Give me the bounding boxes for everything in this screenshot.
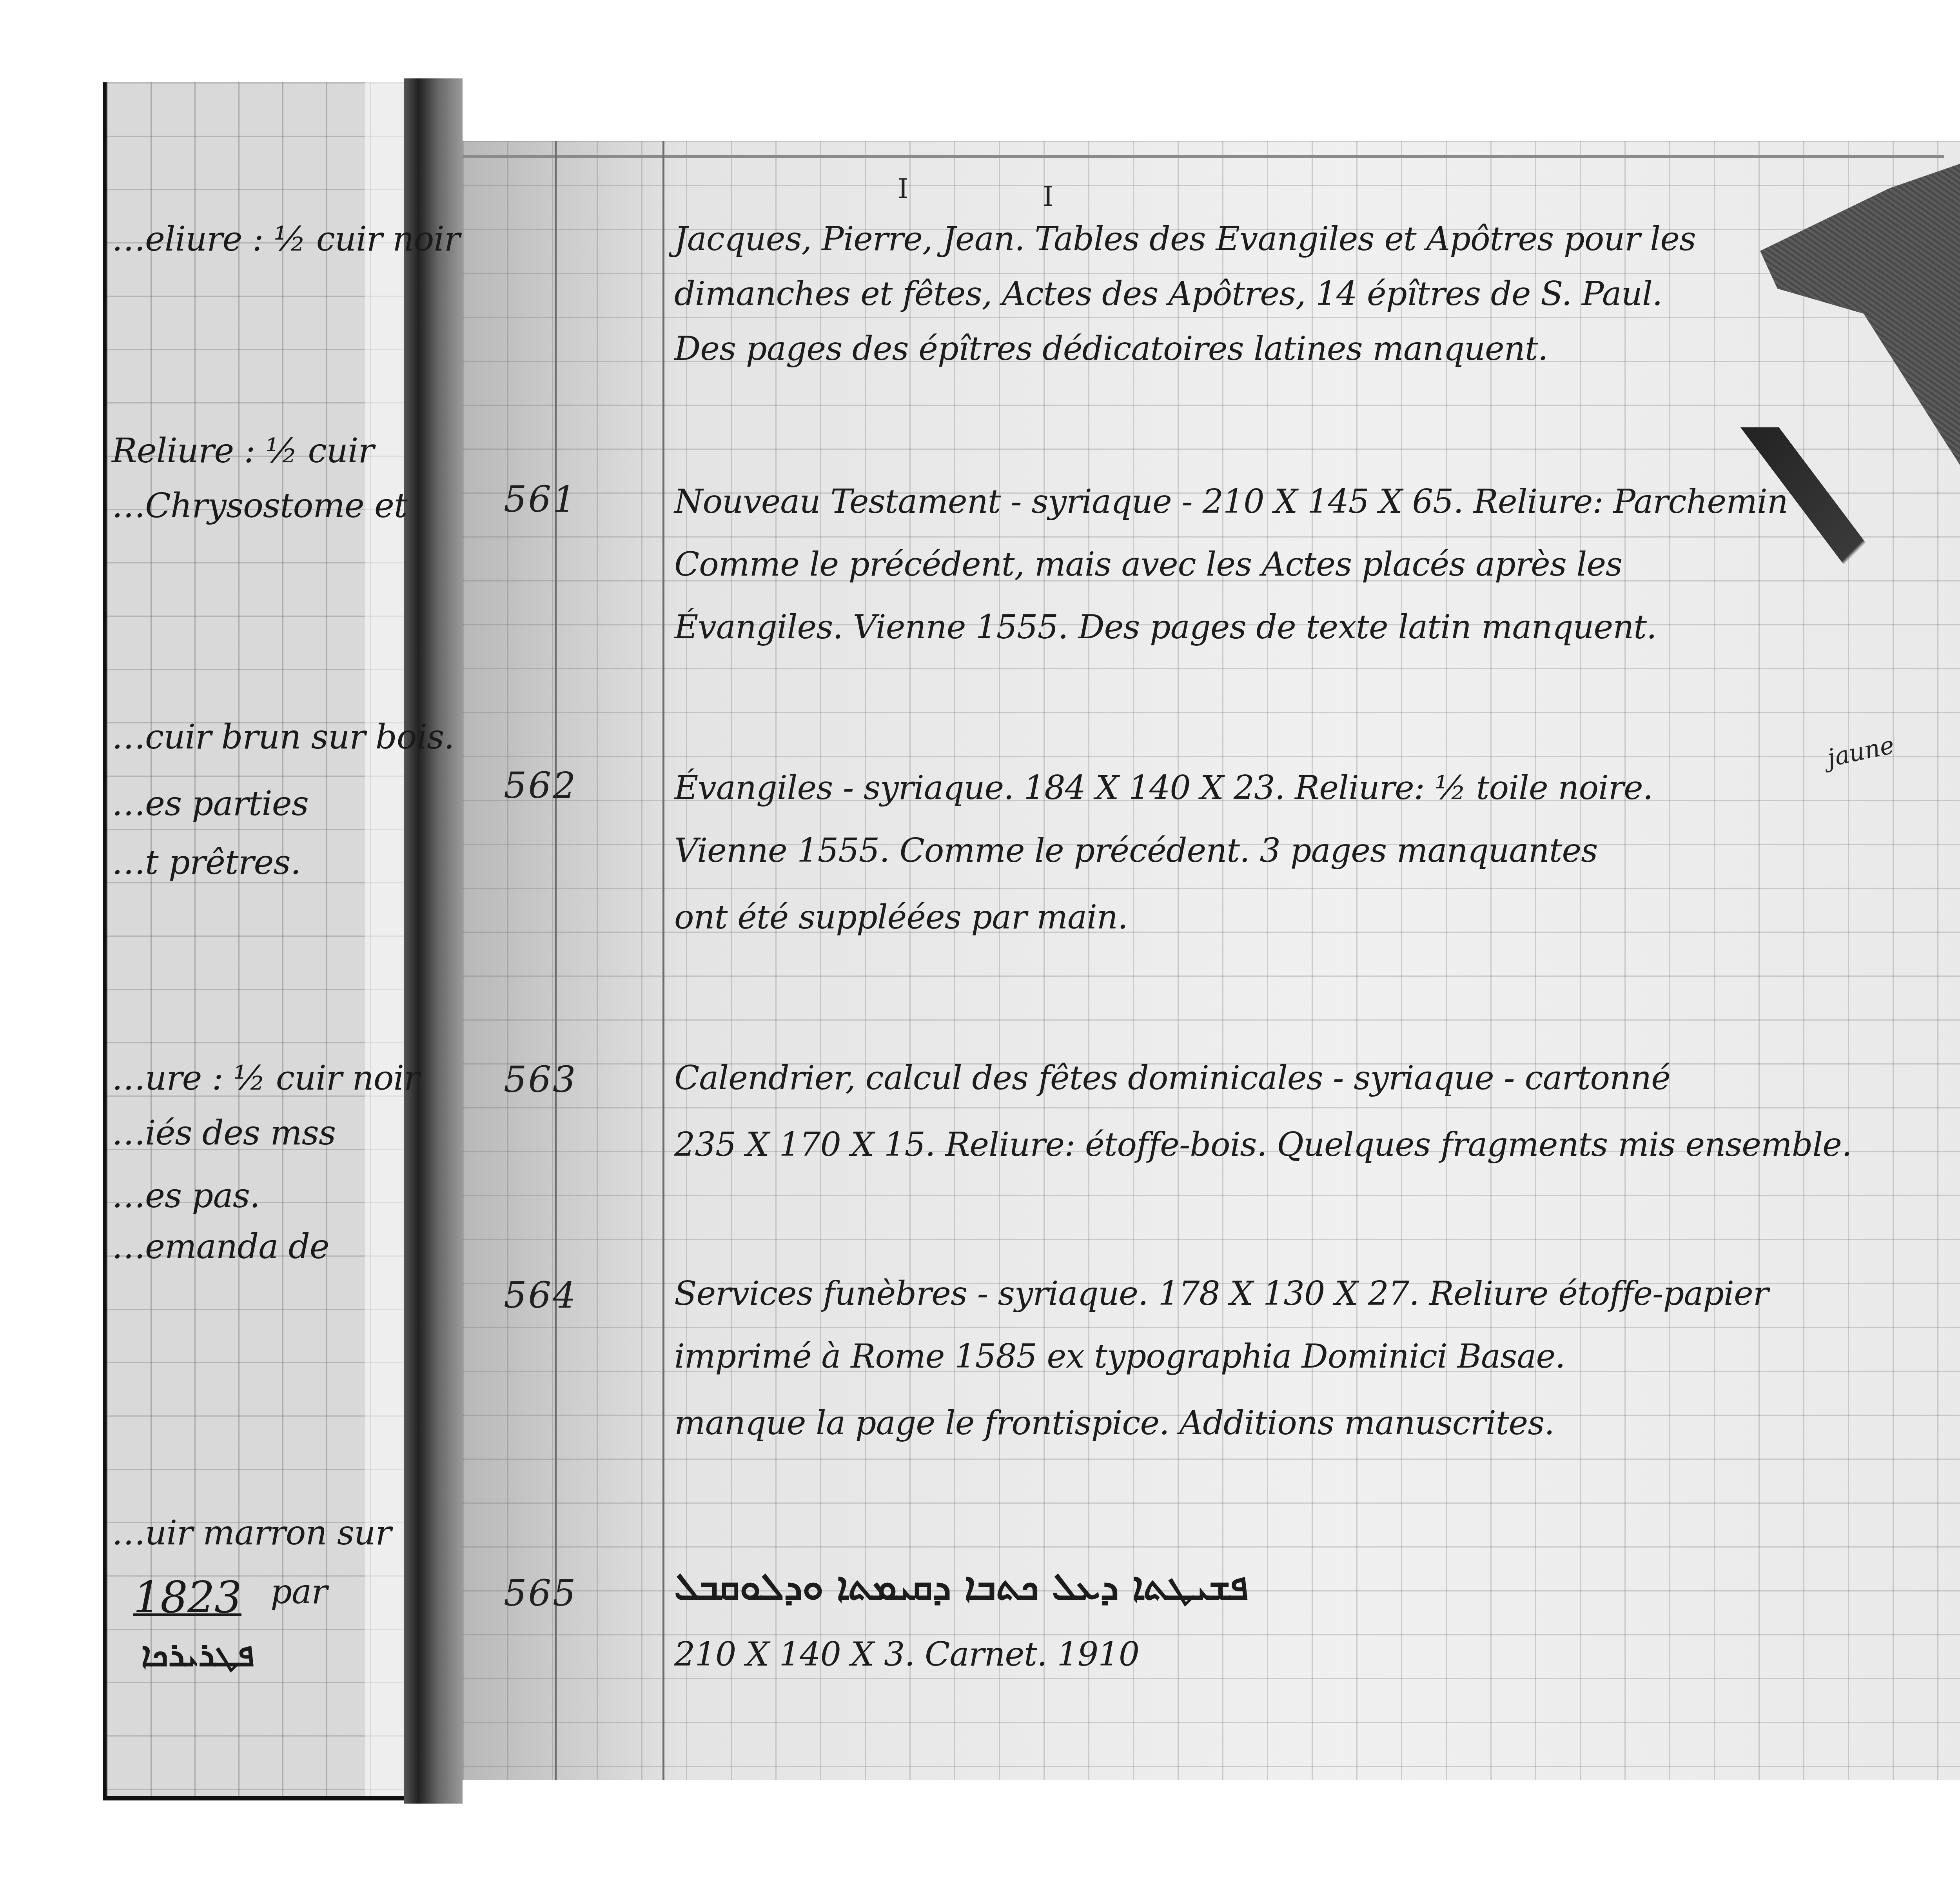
left-page-line: …cuir brun sur bois. [112, 718, 454, 757]
right-page [463, 141, 1960, 1780]
entry-number: 563 [504, 1059, 577, 1101]
left-page-line: Reliure : ½ cuir [112, 431, 374, 470]
entry-line: Évangiles - syriaque. 184 X 140 X 23. Re… [674, 768, 1653, 807]
left-page-line: …eliure : ½ cuir noir [112, 220, 460, 259]
left-page-year: 1823 [133, 1572, 241, 1622]
left-page-syriac: ܦܛܪܝܪܟܐ [141, 1635, 254, 1675]
left-page-line: …es parties [112, 784, 309, 823]
entry-line: Calendrier, calcul des fêtes dominicales… [674, 1059, 1670, 1097]
number-column-rule [662, 141, 664, 1780]
entry-number: 564 [504, 1274, 577, 1316]
entry-line: Nouveau Testament - syriaque - 210 X 145… [674, 482, 1788, 521]
left-page-line: …ure : ½ cuir noir [112, 1059, 419, 1098]
book-gutter [404, 78, 463, 1804]
entry-syriac-title: ܦܫܝܛܬܐ ܕܥܠ ܟܬܒܐ ܕܩܝܡܬܐ ܘܕܠܘܩܒܠ [674, 1564, 1249, 1609]
entry-line: imprimé à Rome 1585 ex typographia Domin… [674, 1337, 1565, 1375]
left-page-line: …t prêtres. [112, 843, 301, 882]
entry-number: 561 [504, 478, 577, 520]
entry-line: Vienne 1555. Comme le précédent. 3 pages… [674, 831, 1597, 870]
left-page-line: …uir marron sur [112, 1513, 391, 1553]
entry-line: 235 X 170 X 15. Reliure: étoffe-bois. Qu… [674, 1125, 1852, 1164]
entry-line: manque la page le frontispice. Additions… [674, 1404, 1554, 1442]
entry-number: 565 [504, 1572, 577, 1614]
entry-line: ont été suppléées par main. [674, 898, 1128, 936]
entry-line: Évangiles. Vienne 1555. Des pages de tex… [674, 608, 1657, 646]
left-page-line: …es pas. [112, 1176, 260, 1215]
entry-line: 210 X 140 X 3. Carnet. 1910 [674, 1635, 1139, 1673]
left-page-line: …emanda de [112, 1227, 329, 1266]
entry-number: 562 [504, 765, 577, 807]
entry-line: Services funèbres - syriaque. 178 X 130 … [674, 1274, 1768, 1313]
margin-rule [555, 141, 557, 1780]
page-top-rule [463, 155, 1944, 158]
left-page-line: …iés des mss [112, 1114, 336, 1153]
entry-line: Comme le précédent, mais avec les Actes … [674, 545, 1622, 583]
left-page-line: …Chrysostome et [112, 486, 407, 525]
entry-line: Jacques, Pierre, Jean. Tables des Evangi… [674, 220, 1696, 258]
entry-line: dimanches et fêtes, Actes des Apôtres, 1… [674, 274, 1662, 313]
entry-line: Des pages des épîtres dédicatoires latin… [674, 329, 1548, 368]
superscript-mark: I [898, 173, 909, 205]
left-page-line: par [270, 1572, 327, 1611]
superscript-mark: I [1043, 180, 1054, 213]
